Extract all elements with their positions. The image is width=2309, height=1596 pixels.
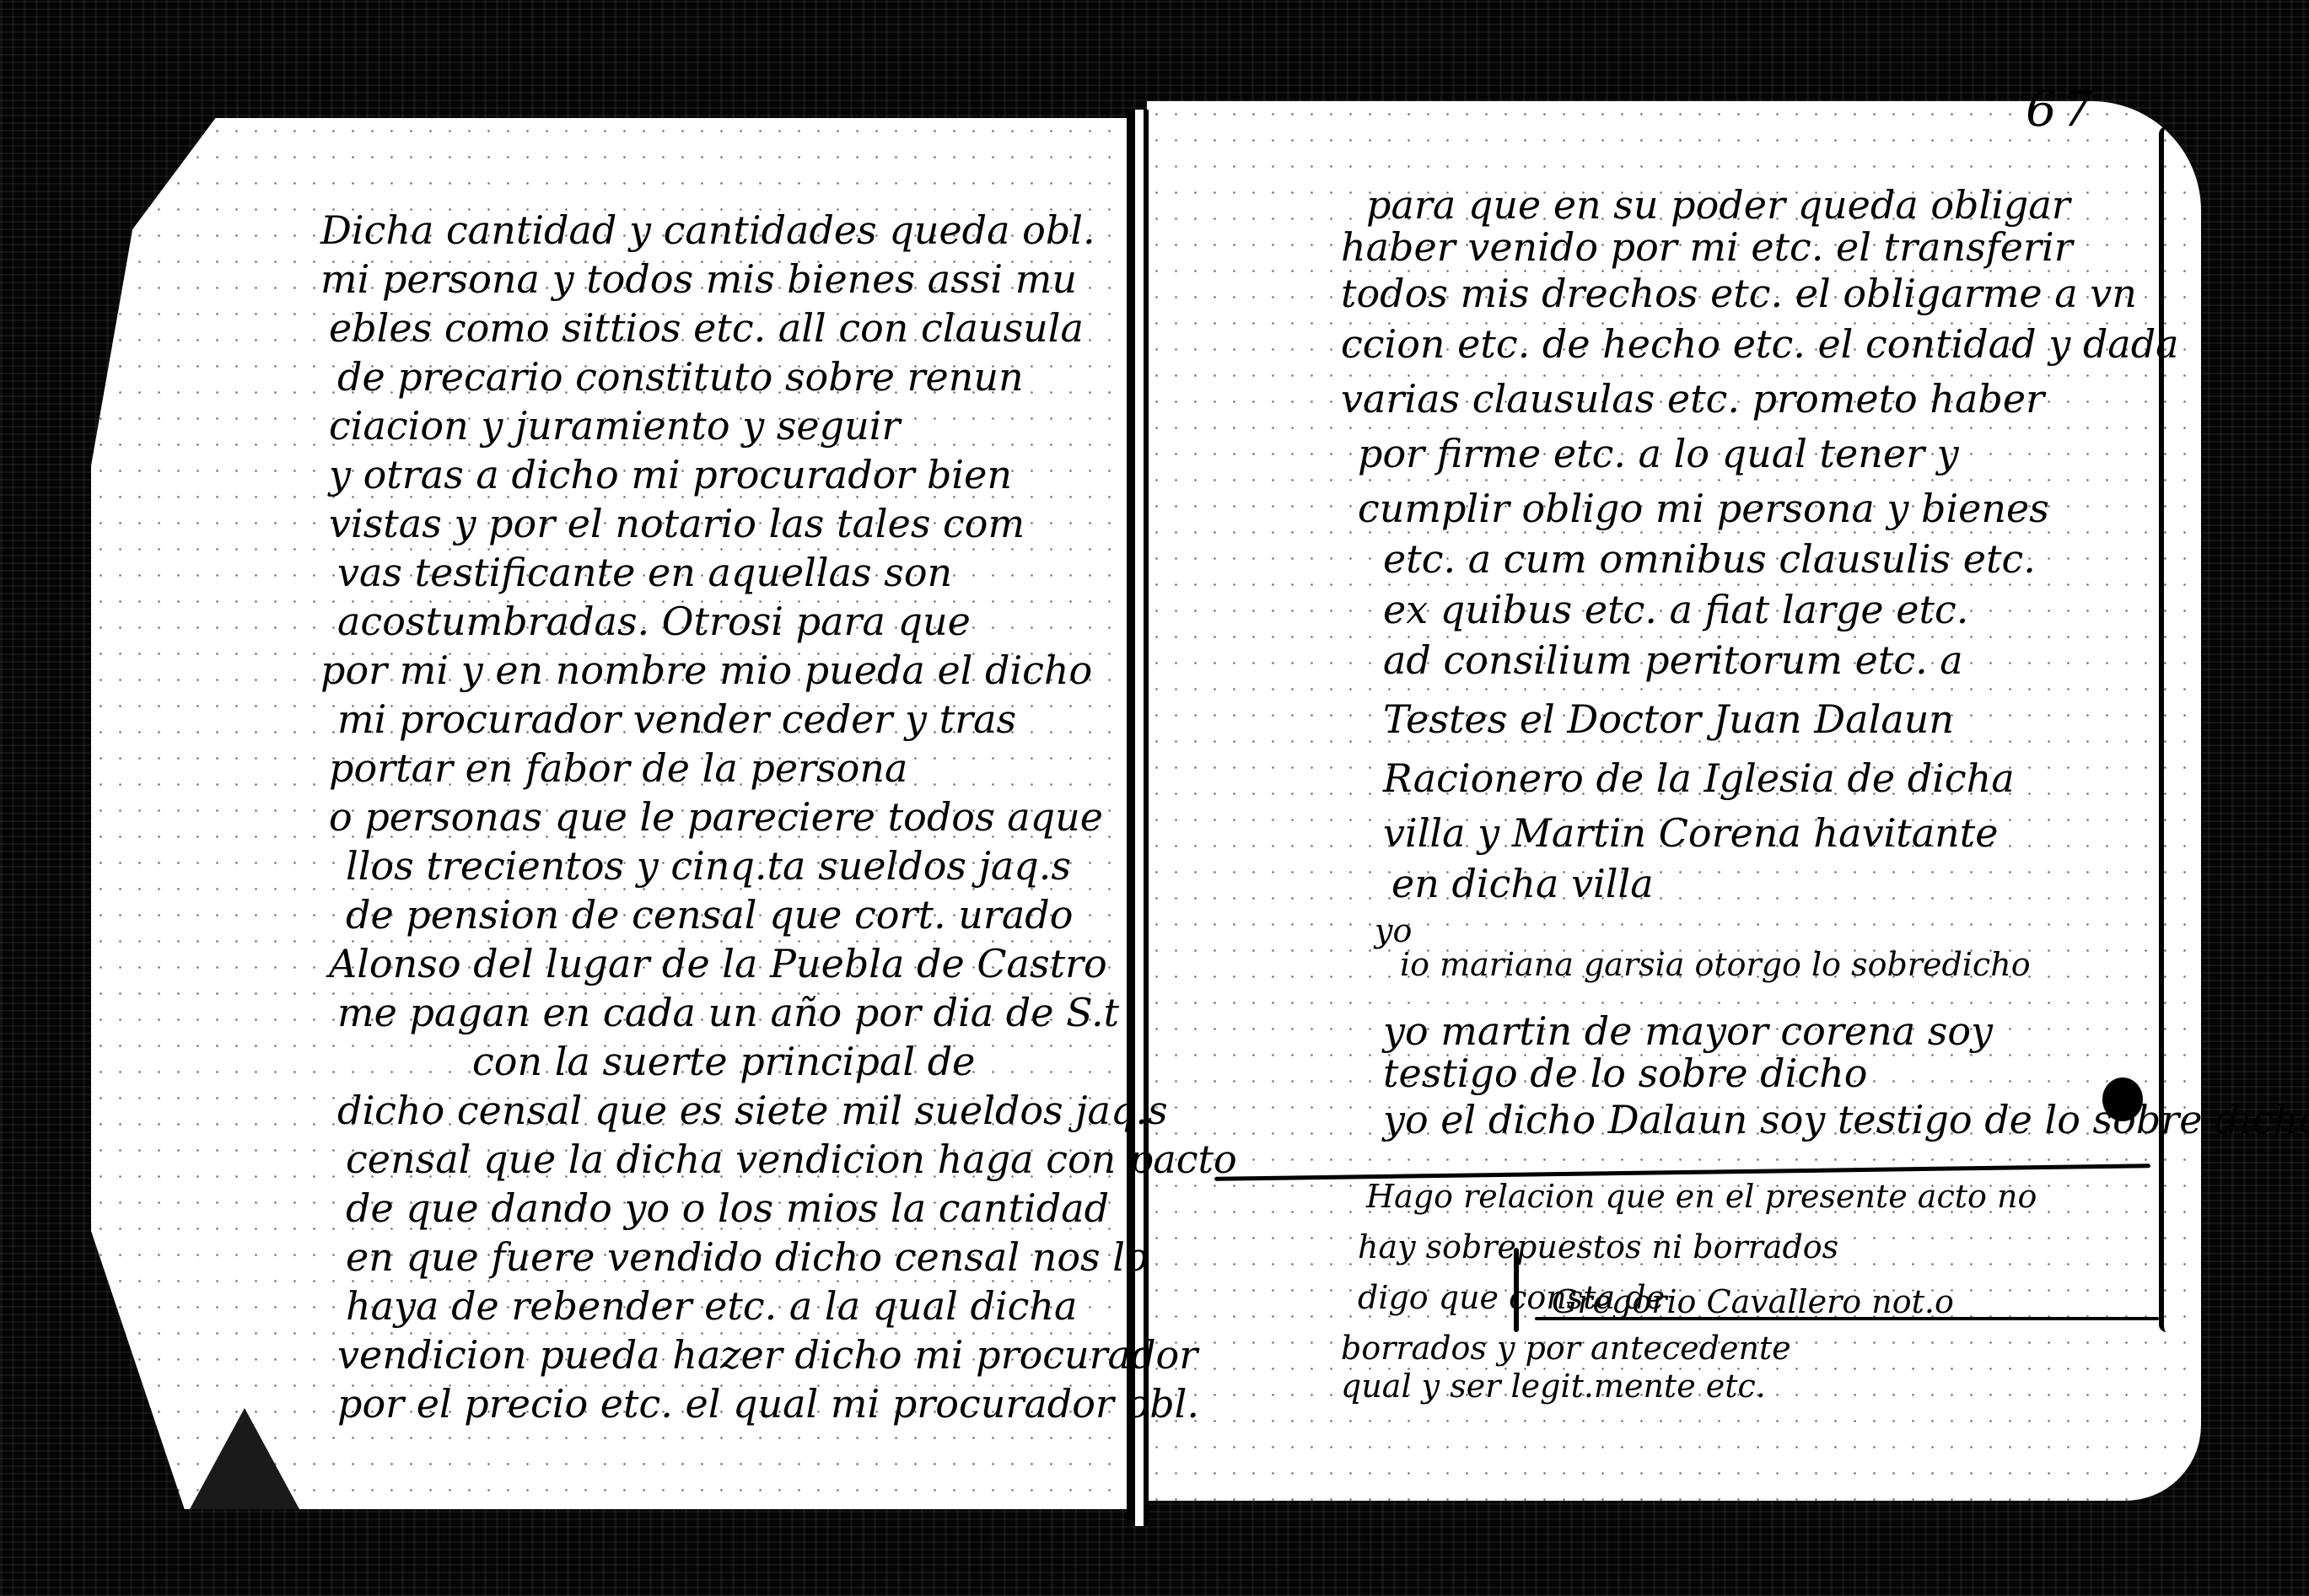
- text-line: qual y ser legit.mente etc.: [1341, 1370, 1766, 1402]
- signature-line-otorgante: io mariana garsia otorgo lo sobredicho: [1400, 948, 2031, 981]
- text-line: cumplir obligo mi persona y bienes: [1358, 489, 2049, 528]
- text-line: ciacion y juramiento y seguir: [329, 406, 900, 445]
- signature-line-witness-2: yo el dicho Dalaun soy testigo de lo sob…: [1383, 1100, 2309, 1139]
- text-line: me pagan en cada un año por dia de S.t: [337, 993, 1119, 1032]
- signature-line-witness-1: yo martin de mayor corena soy: [1383, 1012, 1993, 1051]
- text-line: por mi y en nombre mio pueda el dicho: [320, 651, 1092, 690]
- text-line: portar en fabor de la persona: [329, 749, 907, 787]
- text-line: todos mis drechos etc. el obligarme a vn: [1341, 274, 2137, 313]
- text-line: de pension de censal que cort. urado: [346, 895, 1073, 934]
- text-line: hay sobrepuestos ni borrados: [1358, 1231, 1838, 1263]
- text-line: ccion etc. de hecho etc. el contidad y d…: [1341, 325, 2179, 363]
- text-line: Racionero de la Iglesia de dicha: [1383, 759, 2015, 798]
- signature-mark: yo: [1375, 915, 1412, 947]
- text-line: Hago relacion que en el presente acto no: [1366, 1180, 2037, 1212]
- notary-signature: Gregorio Cavallero not.o: [1552, 1286, 1954, 1318]
- text-line: haya de rebender etc. a la qual dicha: [346, 1287, 1078, 1325]
- text-line: borrados y por antecedente: [1341, 1332, 1791, 1364]
- text-line: para que en su poder queda obligar: [1366, 185, 2070, 224]
- text-line: etc. a cum omnibus clausulis etc.: [1383, 540, 2036, 578]
- signature-underline: [1535, 1317, 2159, 1320]
- signature-bracket: [1514, 1248, 1519, 1332]
- text-line: Dicha cantidad y cantidades queda obl.: [320, 211, 1095, 250]
- text-line: vendicion pueda hazer dicho mi procurado…: [337, 1335, 1198, 1374]
- text-line: en que fuere vendido dicho censal nos lo: [346, 1238, 1149, 1276]
- text-line: en dicha villa: [1391, 864, 1654, 903]
- text-line: y otras a dicho mi procurador bien: [329, 455, 1012, 494]
- text-line: llos trecientos y cinq.ta sueldos jaq.s: [346, 846, 1071, 885]
- ink-blot: [2102, 1077, 2143, 1121]
- text-line: vas testificante en aquellas son: [337, 553, 952, 592]
- text-line: ad consilium peritorum etc. a: [1383, 641, 1963, 680]
- text-line: con la suerte principal de: [472, 1042, 975, 1081]
- text-line: vistas y por el notario las tales com: [329, 504, 1025, 543]
- folio-number: 67: [2026, 80, 2098, 137]
- text-line: o personas que le pareciere todos aque: [329, 798, 1103, 836]
- text-line: dicho censal que es siete mil sueldos ja…: [337, 1091, 1168, 1130]
- text-line: de que dando yo o los mios la cantidad: [346, 1189, 1109, 1228]
- text-line: mi persona y todos mis bienes assi mu: [320, 260, 1077, 298]
- book-gutter: [1127, 110, 1149, 1526]
- binding-corner-tab: [190, 1408, 299, 1509]
- manuscript-spread: 67 Dicha cantidad y cantidades queda obl…: [0, 0, 2309, 1596]
- text-line: Alonso del lugar de la Puebla de Castro: [329, 944, 1107, 983]
- witnesses-line: Testes el Doctor Juan Dalaun: [1383, 700, 1954, 739]
- text-line: ex quibus etc. a fiat large etc.: [1383, 590, 1968, 629]
- text-line: haber venido por mi etc. el transferir: [1341, 228, 2073, 266]
- text-line: por el precio etc. el qual mi procurador…: [337, 1384, 1199, 1423]
- text-line: mi procurador vender ceder y tras: [337, 700, 1016, 739]
- text-line: acostumbradas. Otrosi para que: [337, 602, 971, 641]
- text-line: varias clausulas etc. prometo haber: [1341, 379, 2044, 418]
- text-line: por firme etc. a lo qual tener y: [1358, 434, 1959, 473]
- text-line: villa y Martin Corena havitante: [1383, 814, 1999, 852]
- text-line: de precario constituto sobre renun: [337, 357, 1024, 396]
- text-line: censal que la dicha vendicion haga con p…: [346, 1140, 1237, 1179]
- page-edge-fold: [2159, 126, 2174, 1332]
- signature-line-witness-1b: testigo de lo sobre dicho: [1383, 1054, 1867, 1093]
- text-line: ebles como sittios etc. all con clausula: [329, 309, 1084, 347]
